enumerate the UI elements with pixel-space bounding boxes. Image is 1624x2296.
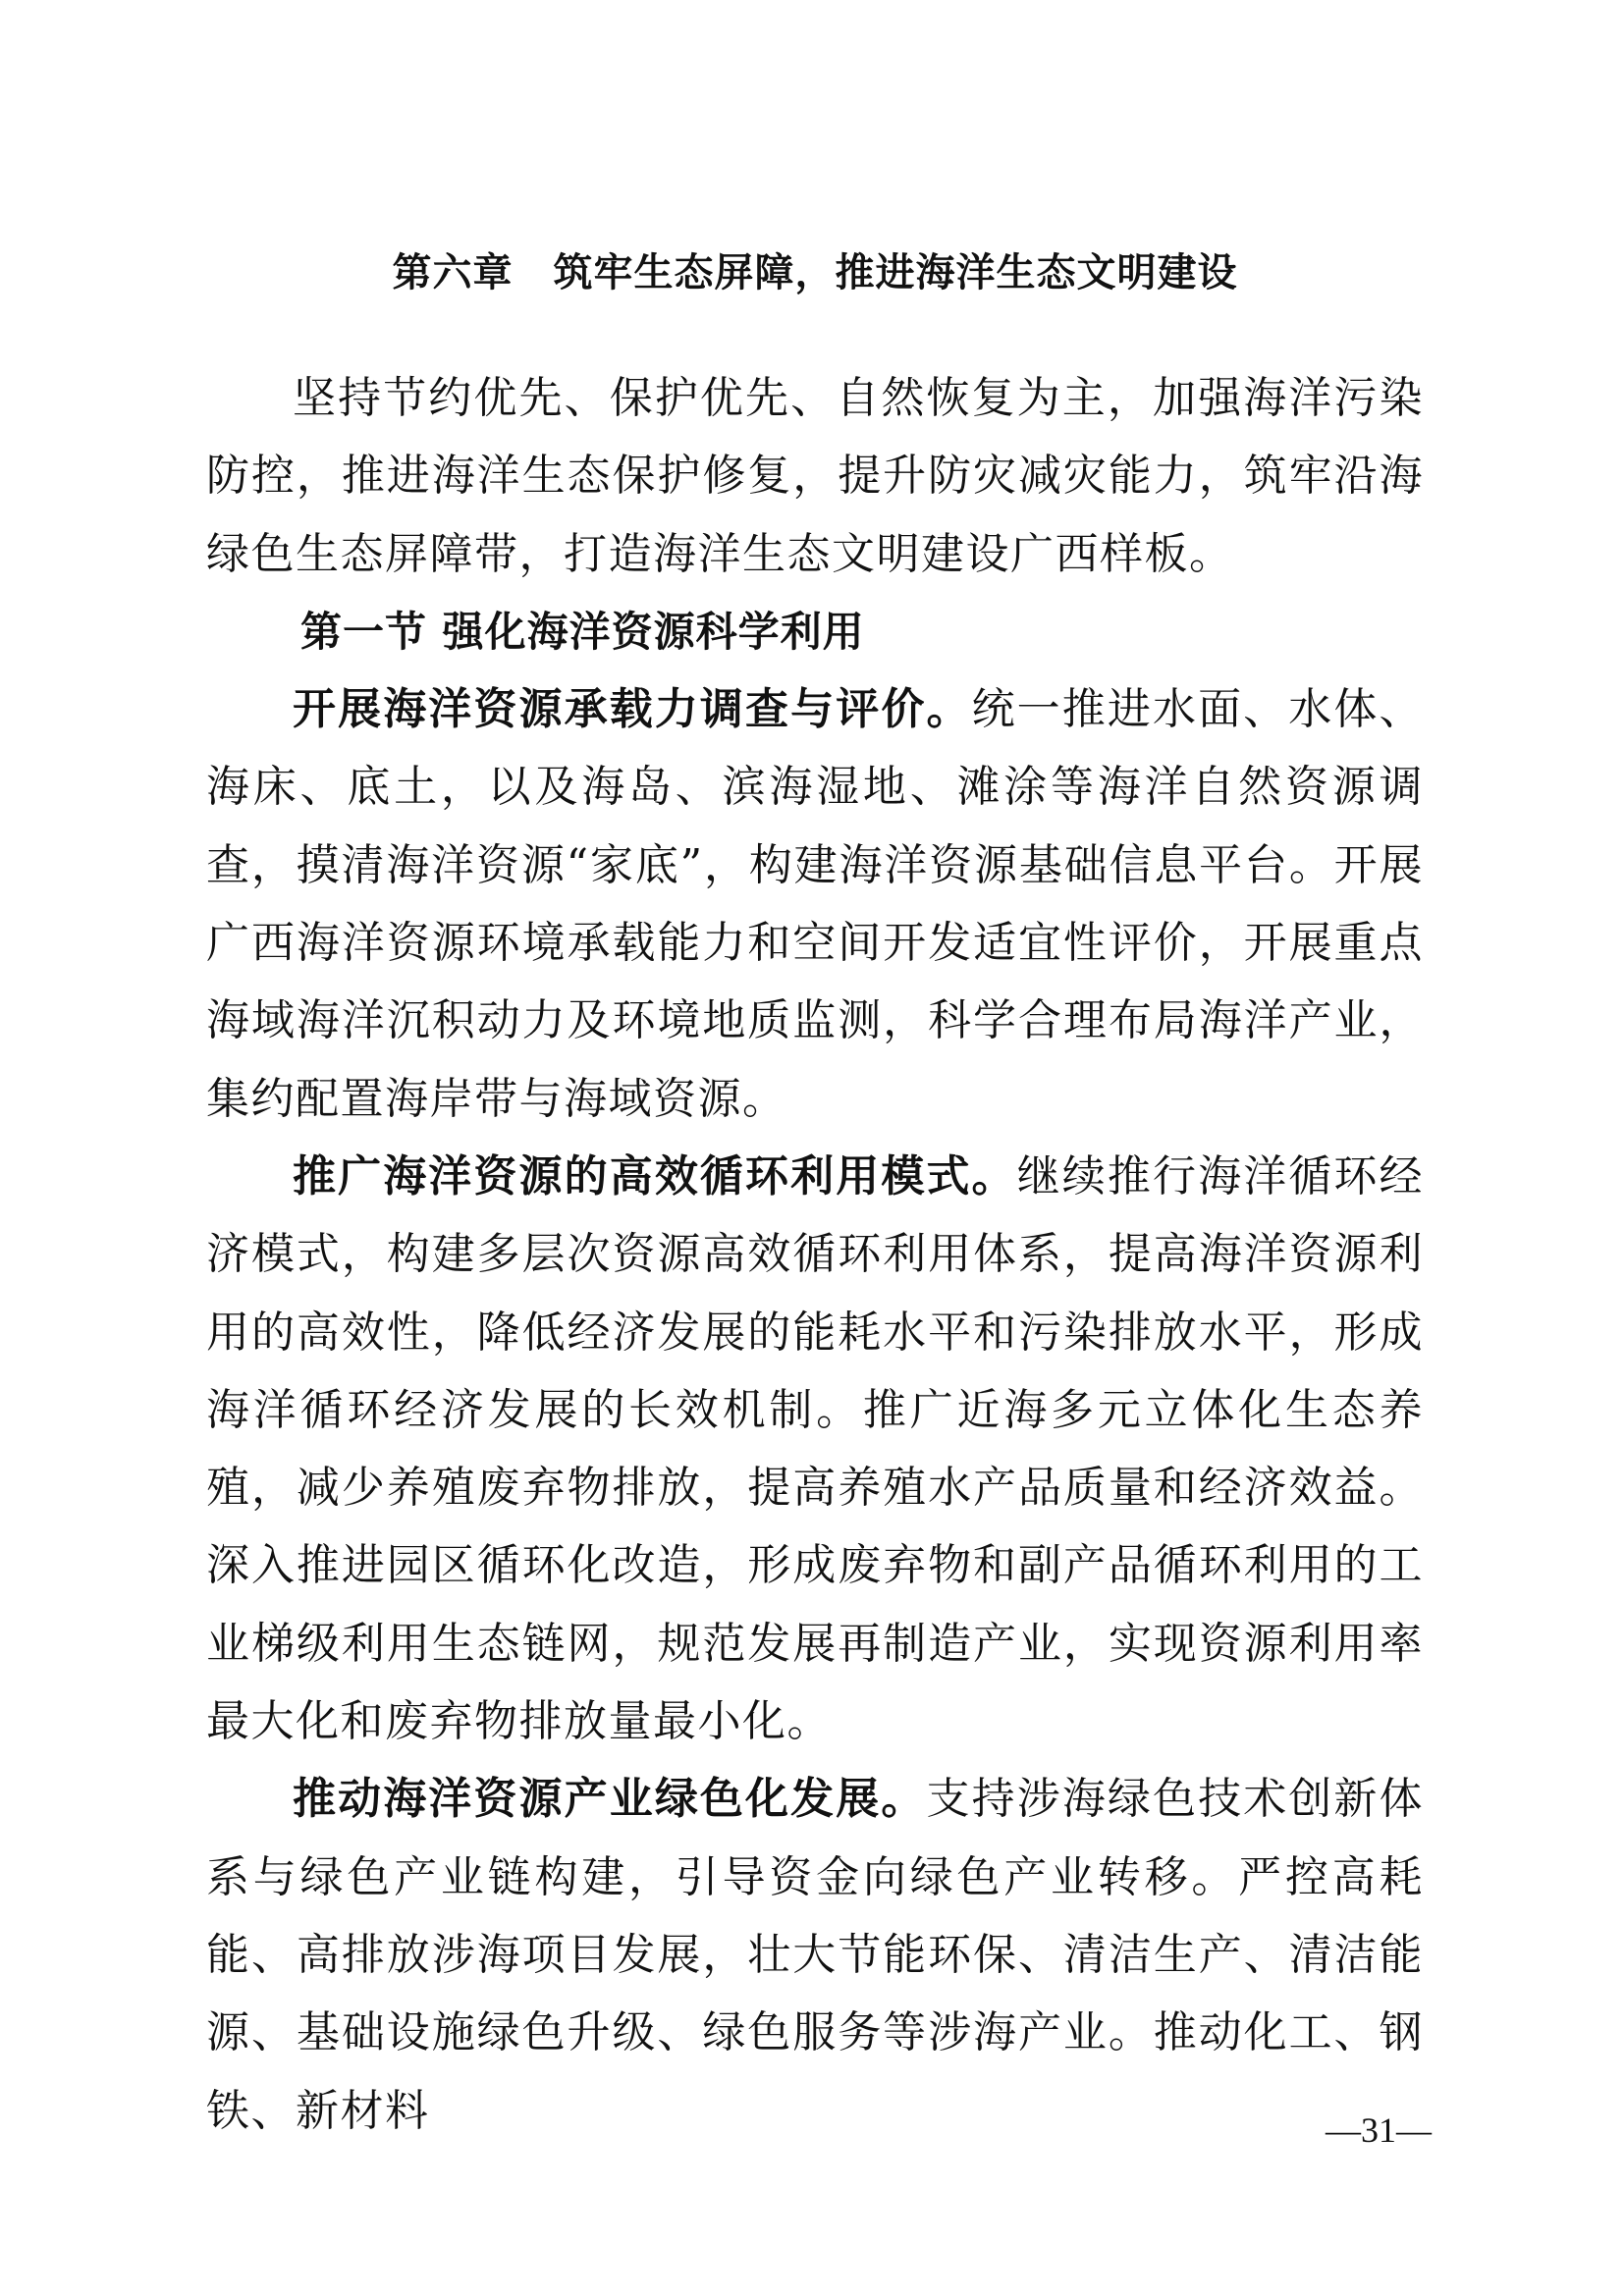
paragraph-circular-use: 推广海洋资源的高效循环利用模式。继续推行海洋循环经济模式，构建多层次资源高效循环… — [206, 1138, 1424, 1760]
paragraph-lead: 推广海洋资源的高效循环利用模式。 — [293, 1151, 1017, 1201]
intro-paragraph: 坚持节约优先、保护优先、自然恢复为主，加强海洋污染防控，推进海洋生态保护修复，提… — [206, 359, 1424, 593]
paragraph-lead: 开展海洋资源承载力调查与评价。 — [293, 684, 972, 734]
paragraph-text: 支持涉海绿色技术创新体系与绿色产业链构建，引导资金向绿色产业转移。严控高耗能、高… — [206, 1774, 1424, 2135]
paragraph-green-development: 推动海洋资源产业绿色化发展。支持涉海绿色技术创新体系与绿色产业链构建，引导资金向… — [206, 1760, 1424, 2149]
paragraph-text: 继续推行海洋循环经济模式，构建多层次资源高效循环利用体系，提高海洋资源利用的高效… — [206, 1151, 1424, 1746]
document-body: 坚持节约优先、保护优先、自然恢复为主，加强海洋污染防控，推进海洋生态保护修复，提… — [206, 359, 1424, 2150]
paragraph-text: 统一推进水面、水体、海床、底土，以及海岛、滨海湿地、滩涂等海洋自然资源调查，摸清… — [206, 684, 1424, 1123]
paragraph-lead: 推动海洋资源产业绿色化发展。 — [293, 1774, 926, 1824]
chapter-title: 第六章 筑牢生态屏障，推进海洋生态文明建设 — [206, 243, 1424, 302]
section-heading: 第一节 强化海洋资源科学利用 — [206, 593, 1424, 670]
page-number: —31— — [1326, 2109, 1432, 2152]
paragraph-resource-survey: 开展海洋资源承载力调查与评价。统一推进水面、水体、海床、底土，以及海岛、滨海湿地… — [206, 670, 1424, 1138]
